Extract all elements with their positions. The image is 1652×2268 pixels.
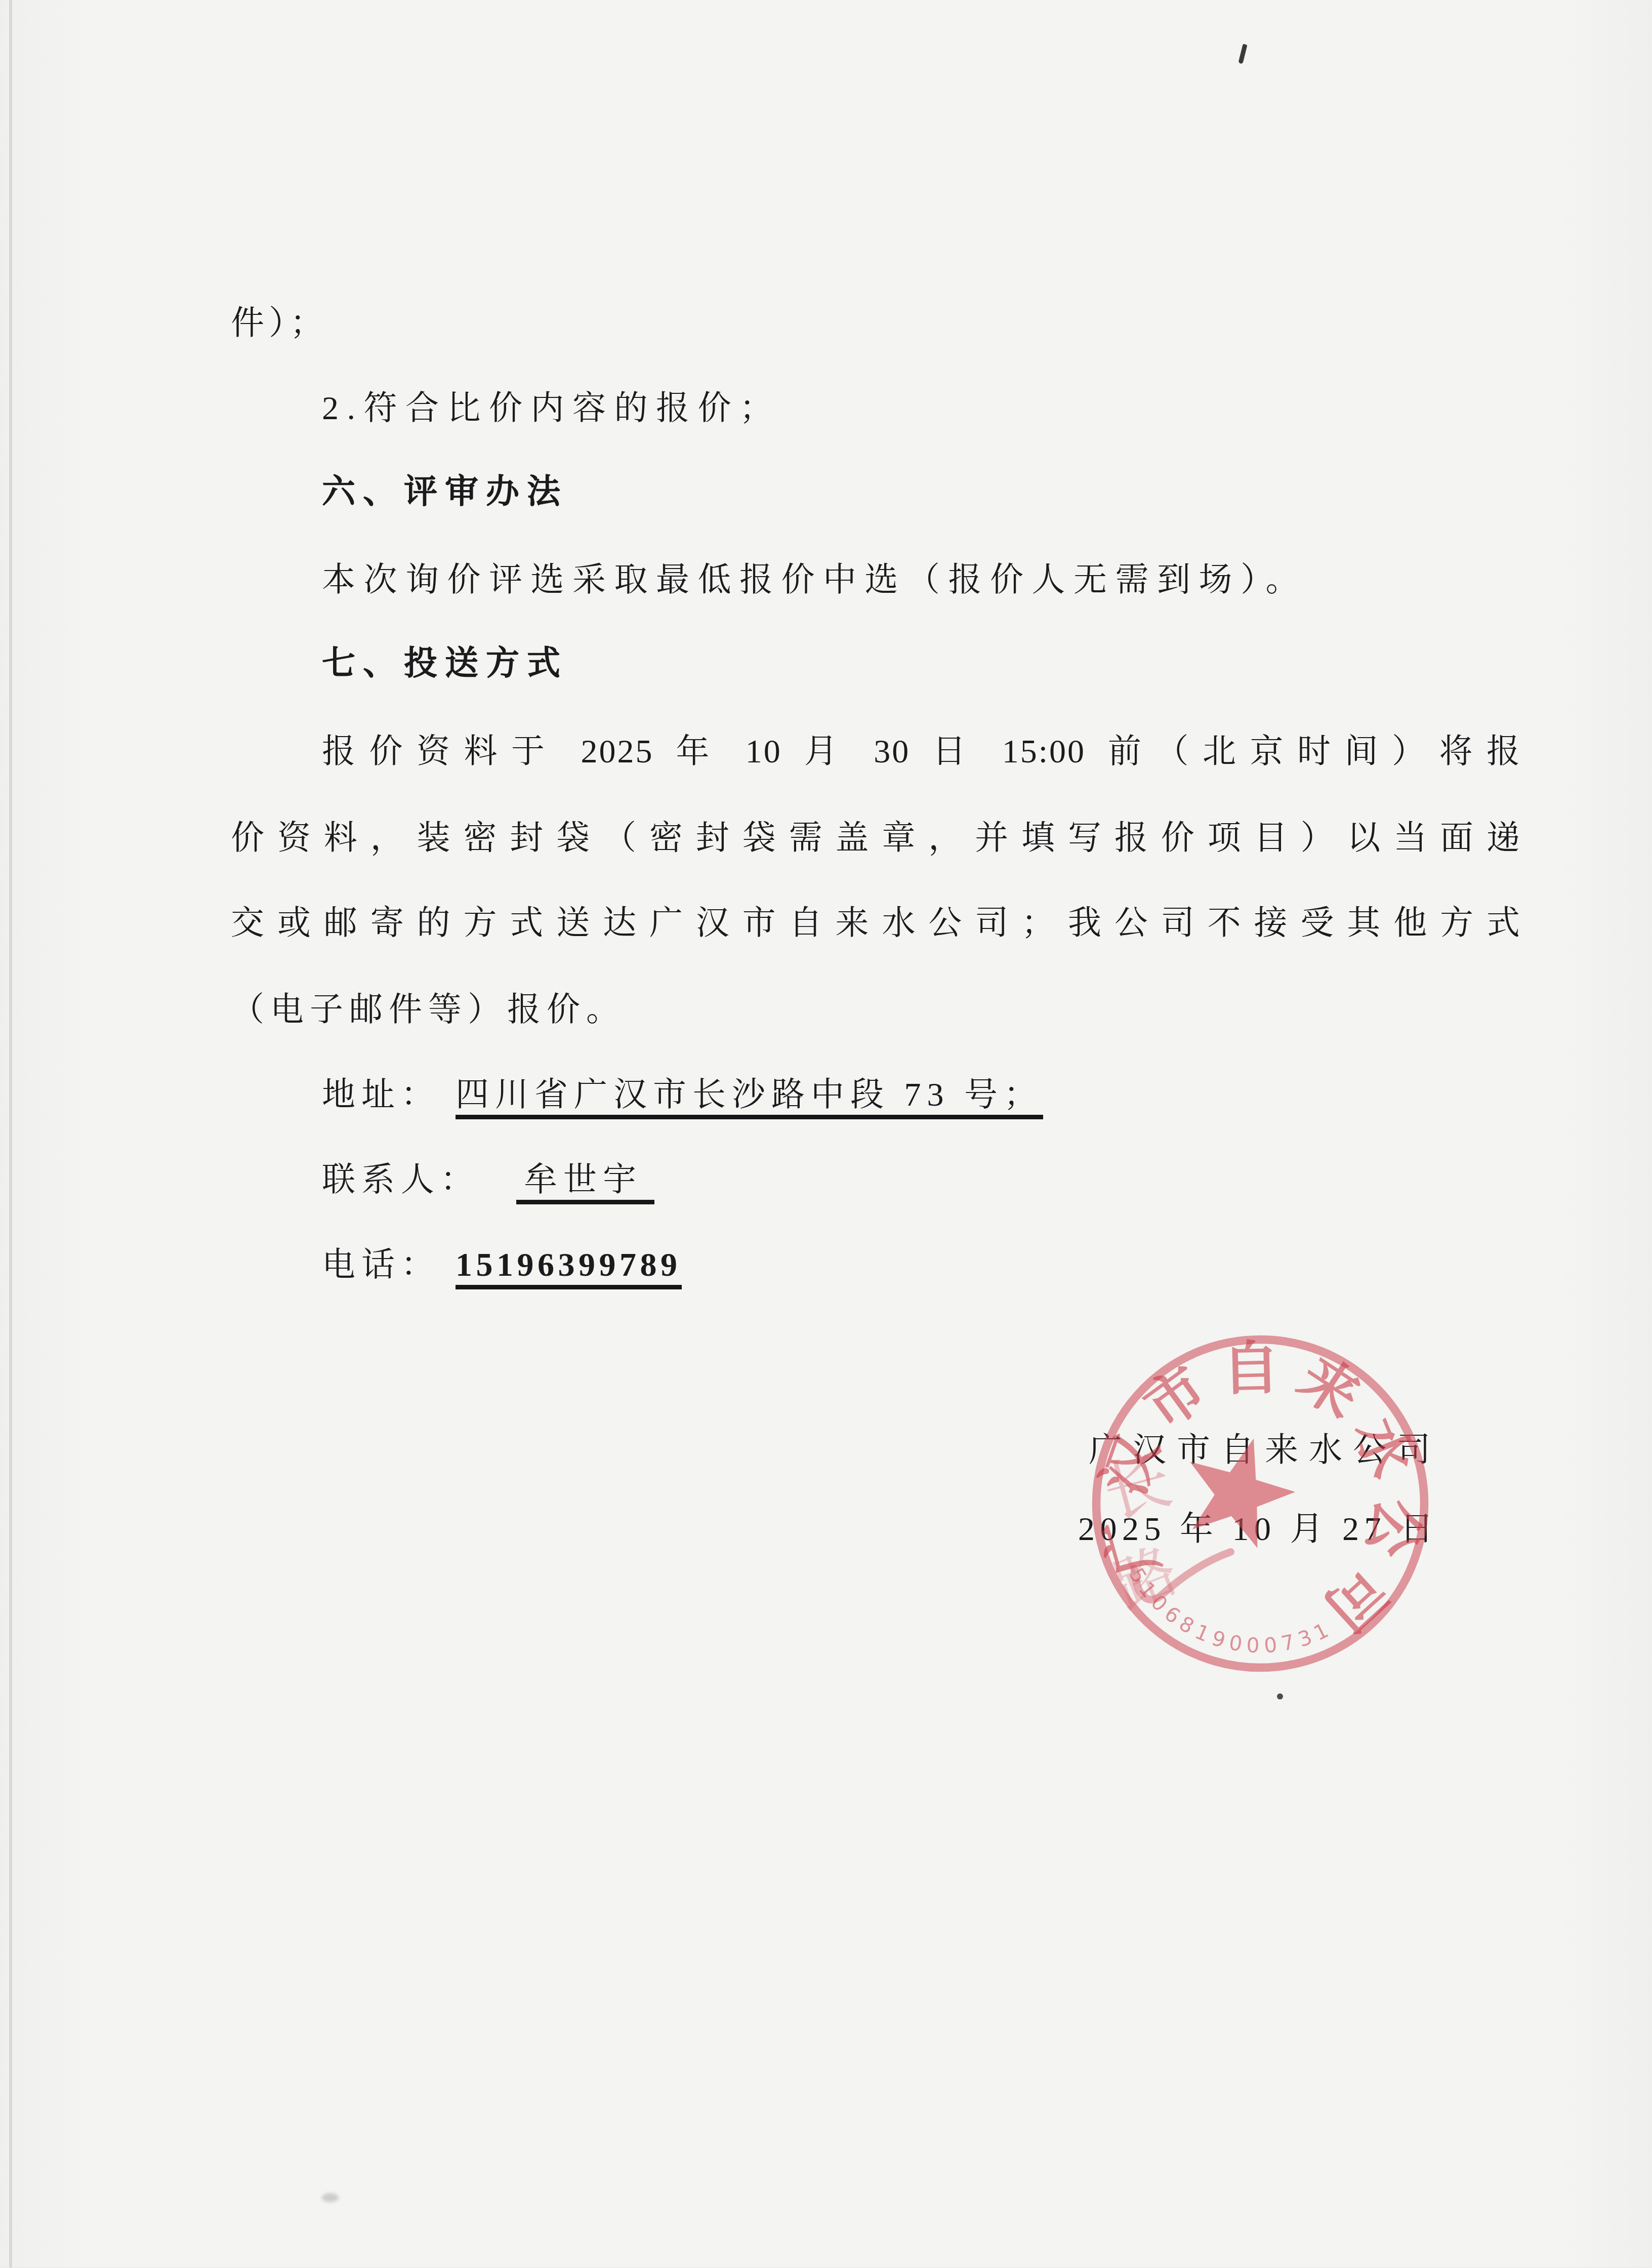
contact-person-label: 联系人：: [322, 1160, 480, 1198]
star-icon: [1172, 1424, 1306, 1554]
paragraph-continuation-line: 件）；: [231, 298, 1521, 348]
scan-scale-wrapper: 件）； 2.符合比价内容的报价； 六、评审办法 本次询价评选采取最低报价中选（报…: [0, 0, 1652, 2268]
address-line: 地址：四川省广汉市长沙路中段 73 号；: [231, 1069, 1521, 1119]
address-label: 地址：: [322, 1075, 440, 1113]
phone-value: 15196399789: [456, 1245, 681, 1289]
section-heading-review-method: 六、评审办法: [231, 468, 1521, 518]
submission-paragraph-line-1: 报价资料于 2025 年 10 月 30 日 15:00 前（北京时间）将报: [231, 726, 1521, 776]
scan-speck: [322, 2193, 339, 2202]
phone-label: 电话：: [322, 1245, 440, 1283]
scan-edge-line: [9, 0, 12, 2268]
submission-paragraph-line-4: （电子邮件等）报价。: [231, 984, 1521, 1034]
scan-speck: [1238, 44, 1247, 64]
contact-person-line: 联系人：牟世宇: [231, 1154, 1521, 1204]
submission-paragraph-line-3: 交或邮寄的方式送达广汉市自来水公司；我公司不接受其他方式: [231, 898, 1521, 948]
section-heading-submission-method: 七、投送方式: [231, 639, 1521, 690]
review-method-paragraph: 本次询价评选采取最低报价中选（报价人无需到场）。: [231, 554, 1521, 604]
submission-paragraph-line-2: 价资料，装密封袋（密封袋需盖章，并填写报价项目）以当面递: [231, 813, 1521, 863]
list-item-2: 2.符合比价内容的报价；: [231, 383, 1521, 433]
contact-person-value: 牟世宇: [516, 1160, 654, 1204]
document-page: 件）； 2.符合比价内容的报价； 六、评审办法 本次询价评选采取最低报价中选（报…: [0, 0, 1652, 2268]
phone-line: 电话：15196399789: [231, 1239, 1521, 1289]
company-seal-stamp: 广汉市自来水公司 5106819000731 长 路: [1063, 1306, 1458, 1701]
address-value: 四川省广汉市长沙路中段 73 号；: [456, 1075, 1043, 1119]
